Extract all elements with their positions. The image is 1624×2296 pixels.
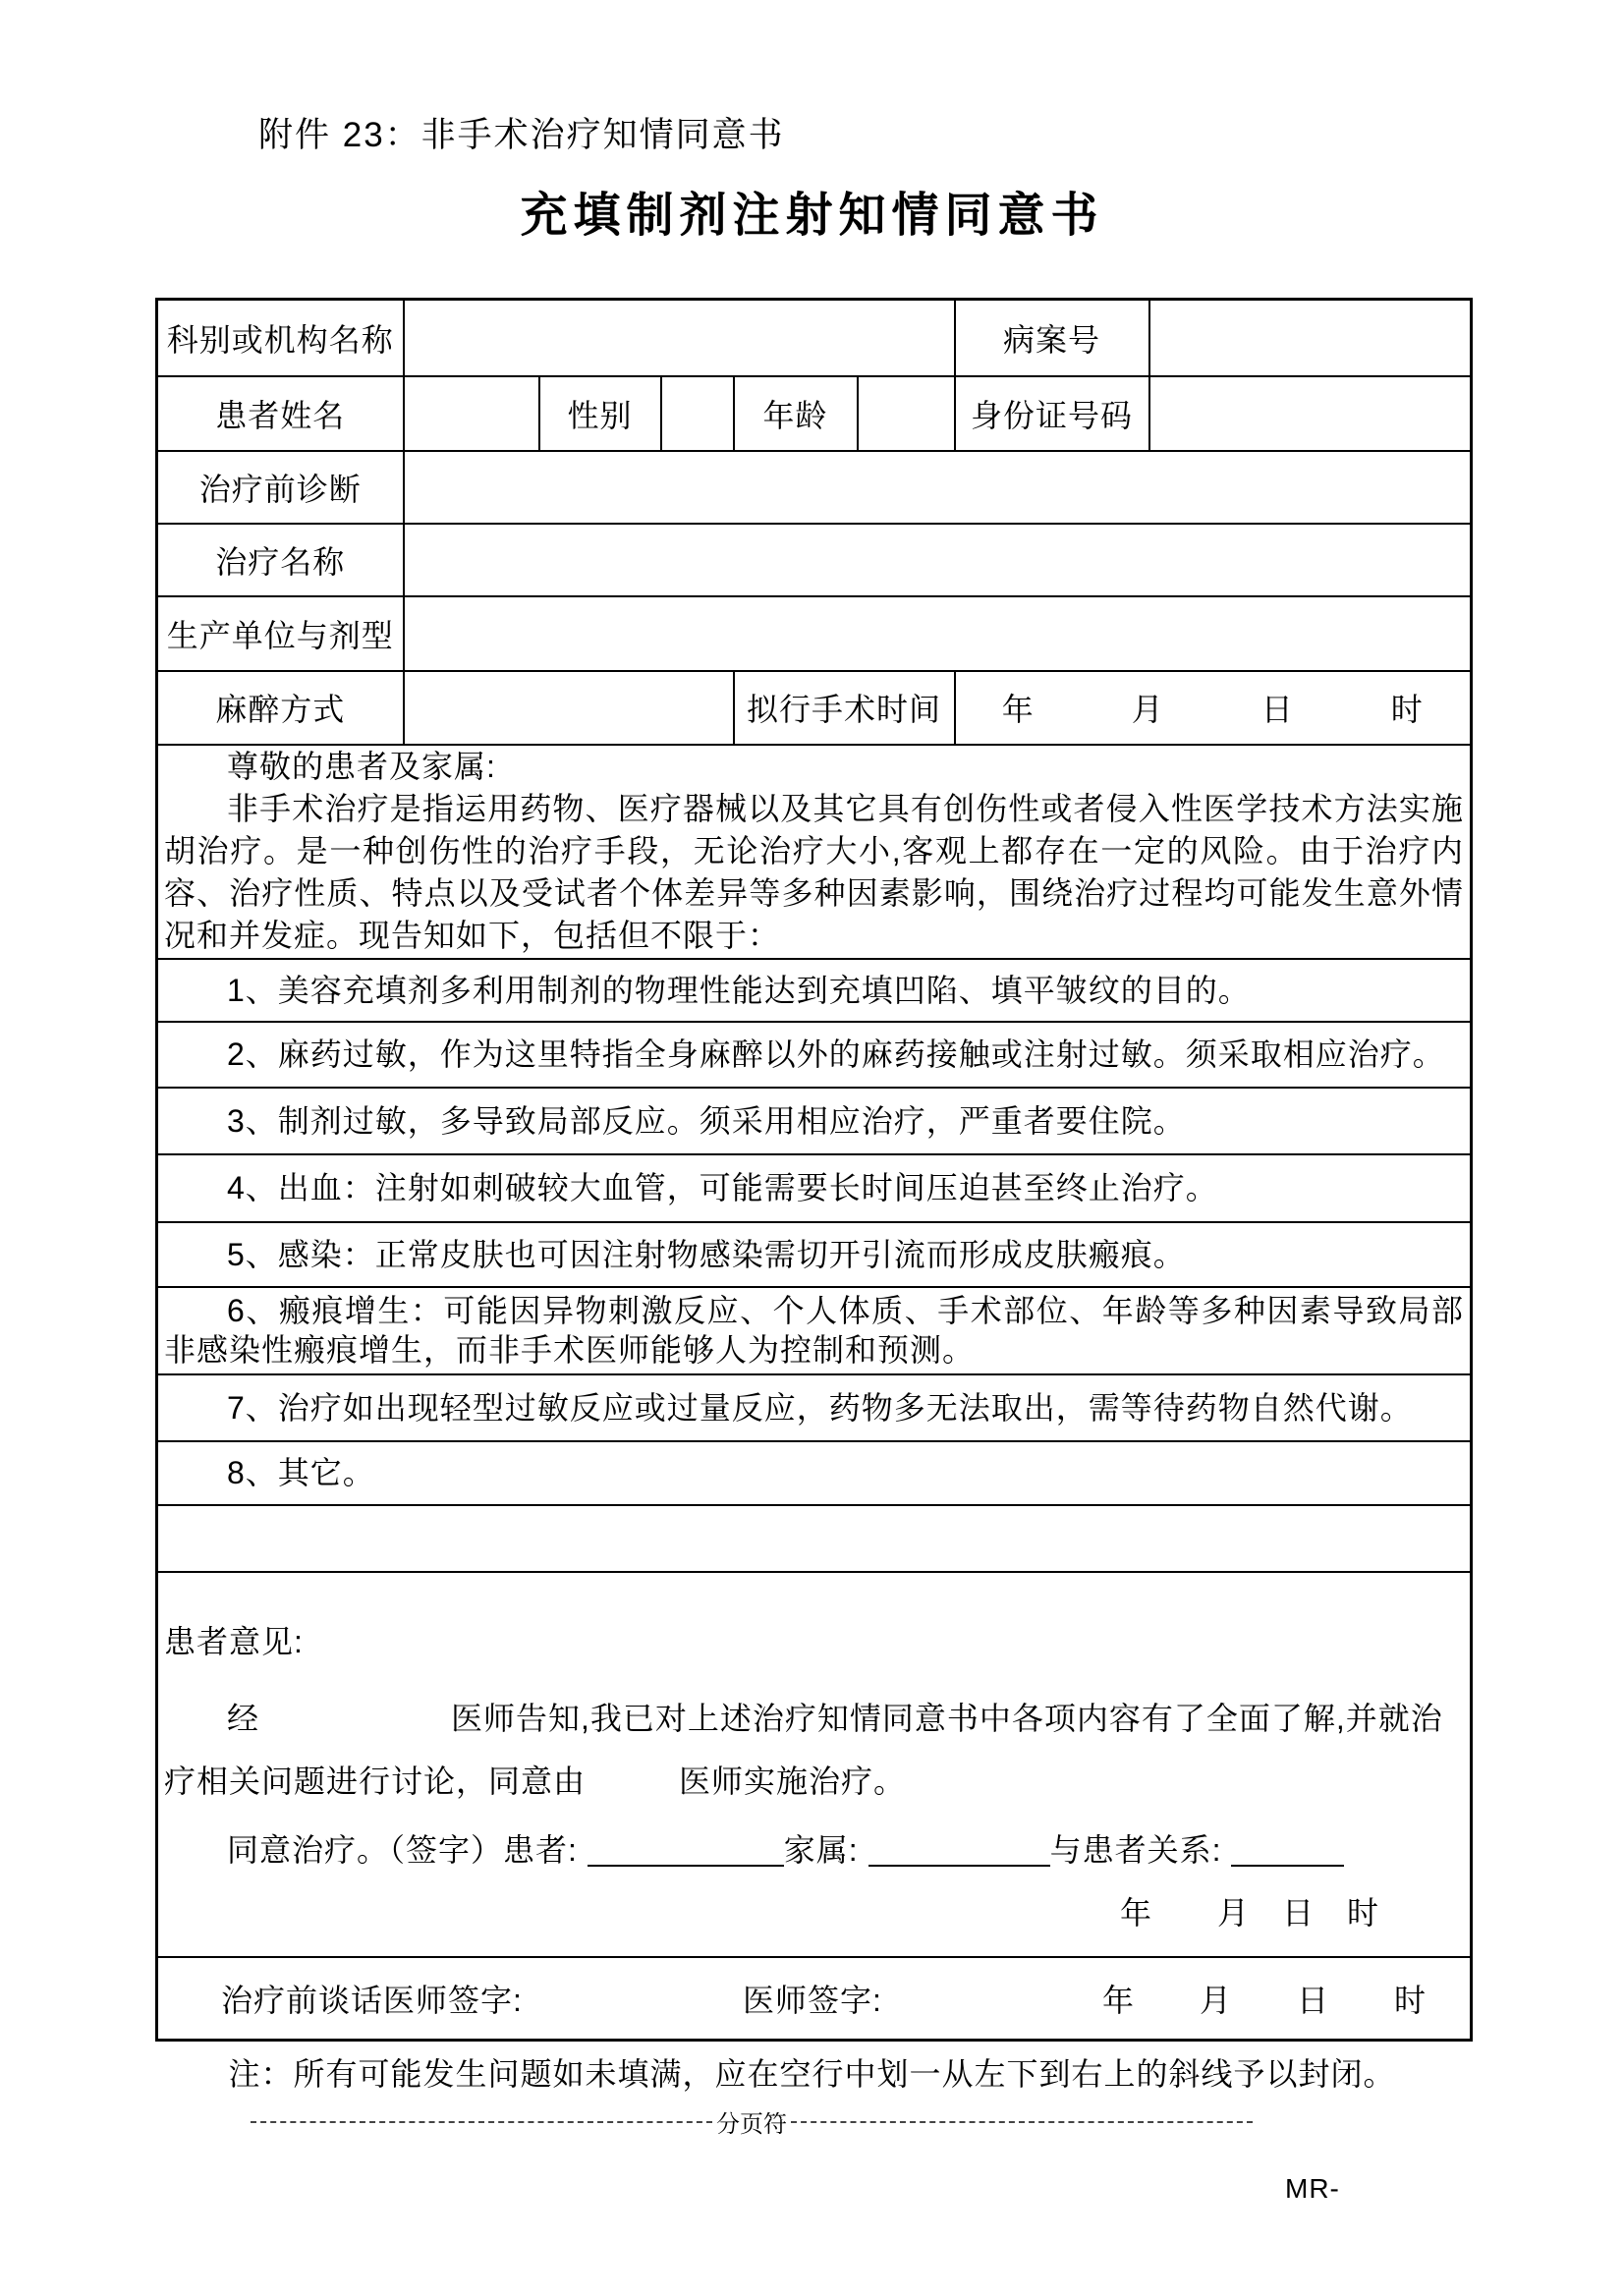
diagnosis-value-cell — [404, 451, 1472, 524]
agree-signature-line: 同意治疗。（签字）患者: 家属: 与患者关系: — [164, 1828, 1464, 1872]
notice-intro-text: 非手术治疗是指运用药物、医疗器械以及其它具有创伤性或者侵入性医学技术方法实施胡治… — [164, 788, 1464, 957]
age-label: 年龄 — [734, 376, 858, 451]
notice-item-cell: 8、其它。 — [157, 1441, 1472, 1505]
page-title: 充填制剂注射知情同意书 — [0, 177, 1624, 245]
signature-date-line: 年 月 日 时 — [1102, 1976, 1427, 2021]
id-no-value-cell — [1149, 376, 1472, 451]
treatment-name-value-cell — [404, 524, 1472, 596]
statement-part1: 经 — [227, 1701, 259, 1736]
table-row: 科别或机构名称 病案号 — [157, 300, 1472, 376]
notice-item-row: 3、制剂过敏，多导致局部反应。须采用相应治疗，严重者要住院。 — [157, 1088, 1472, 1154]
patient-opinion-label: 患者意见: — [164, 1622, 1464, 1661]
notice-item-cell: 7、治疗如出现轻型过敏反应或过量反应，药物多无法取出，需等待药物自然代谢。 — [157, 1374, 1472, 1441]
doctor-signature-label: 医师签字: — [743, 1976, 882, 2021]
notice-item-8: 8、其它。 — [164, 1453, 1464, 1492]
page-break-separator: 分页符 — [251, 2104, 1253, 2139]
table-row: 生产单位与剂型 — [157, 596, 1472, 671]
signature-cell: 治疗前谈话医师签字: 医师签字: 年 月 日 时 — [157, 1957, 1472, 2041]
consent-form-page: 附件 23：非手术治疗知情同意书 充填制剂注射知情同意书 科别或机构名称 病案号… — [0, 0, 1624, 2296]
notice-item-row: 6、瘢痕增生：可能因异物刺激反应、个人体质、手术部位、年龄等多种因素导致局部非感… — [157, 1287, 1472, 1374]
notice-item-2: 2、麻药过敏，作为这里特指全身麻醉以外的麻药接触或注射过敏。须采取相应治疗。 — [164, 1035, 1464, 1074]
case-no-label: 病案号 — [955, 300, 1149, 376]
notice-item-row: 5、感染：正常皮肤也可因注射物感染需切开引流而形成皮肤瘢痕。 — [157, 1222, 1472, 1287]
planned-time-label: 拟行手术时间 — [734, 671, 955, 745]
page-break-label: 分页符 — [716, 2104, 787, 2139]
notice-item-7: 7、治疗如出现轻型过敏反应或过量反应，药物多无法取出，需等待药物自然代谢。 — [164, 1388, 1464, 1428]
relation-blank — [1231, 1837, 1344, 1867]
notice-item-cell: 1、美容充填剂多利用制剂的物理性能达到充填凹陷、填平皱纹的目的。 — [157, 959, 1472, 1022]
notice-intro-cell: 尊敬的患者及家属: 非手术治疗是指运用药物、医疗器械以及其它具有创伤性或者侵入性… — [157, 745, 1472, 959]
notice-item-cell: 2、麻药过敏，作为这里特指全身麻醉以外的麻药接触或注射过敏。须采取相应治疗。 — [157, 1022, 1472, 1088]
page-break-dash-left — [251, 2121, 712, 2123]
doc-code: MR- — [1285, 2173, 1340, 2205]
patient-opinion-cell: 患者意见: 经医师告知,我已对上述治疗知情同意书中各项内容有了全面了解,并就治疗… — [157, 1572, 1472, 1957]
notice-item-5: 5、感染：正常皮肤也可因注射物感染需切开引流而形成皮肤瘢痕。 — [164, 1235, 1464, 1274]
manufacturer-value-cell — [404, 596, 1472, 671]
notice-item-row: 7、治疗如出现轻型过敏反应或过量反应，药物多无法取出，需等待药物自然代谢。 — [157, 1374, 1472, 1441]
notice-item-4: 4、出血：注射如刺破较大血管，可能需要长时间压迫甚至终止治疗。 — [164, 1168, 1464, 1207]
manufacturer-label: 生产单位与剂型 — [157, 596, 404, 671]
planned-time-value-cell: 年 月 日 时 — [955, 671, 1472, 745]
gender-label: 性别 — [539, 376, 661, 451]
age-value-cell — [858, 376, 955, 451]
treatment-name-label: 治疗名称 — [157, 524, 404, 596]
empty-cell — [157, 1505, 1472, 1572]
opinion-statement: 经医师告知,我已对上述治疗知情同意书中各项内容有了全面了解,并就治疗相关问题进行… — [164, 1687, 1464, 1813]
family-signature-blank — [868, 1837, 1050, 1867]
notice-item-1: 1、美容充填剂多利用制剂的物理性能达到充填凹陷、填平皱纹的目的。 — [164, 971, 1464, 1010]
agree-label: 同意治疗。（签字）患者: — [227, 1832, 578, 1868]
patient-opinion-row: 患者意见: 经医师告知,我已对上述治疗知情同意书中各项内容有了全面了解,并就治疗… — [157, 1572, 1472, 1957]
notice-item-cell: 3、制剂过敏，多导致局部反应。须采用相应治疗，严重者要住院。 — [157, 1088, 1472, 1154]
patient-name-value-cell — [404, 376, 539, 451]
table-row: 治疗名称 — [157, 524, 1472, 596]
anesthesia-value-cell — [404, 671, 734, 745]
statement-part3: 医师实施治疗。 — [679, 1764, 906, 1799]
notice-item-row: 2、麻药过敏，作为这里特指全身麻醉以外的麻药接触或注射过敏。须采取相应治疗。 — [157, 1022, 1472, 1088]
patient-name-label: 患者姓名 — [157, 376, 404, 451]
notice-item-cell: 6、瘢痕增生：可能因异物刺激反应、个人体质、手术部位、年龄等多种因素导致局部非感… — [157, 1287, 1472, 1374]
patient-signature-blank — [588, 1837, 784, 1867]
case-no-value-cell — [1149, 300, 1472, 376]
footer-note: 注：所有可能发生问题如未填满，应在空行中划一从左下到右上的斜线予以封闭。 — [0, 2049, 1624, 2095]
notice-item-row: 8、其它。 — [157, 1441, 1472, 1505]
notice-intro-row: 尊敬的患者及家属: 非手术治疗是指运用药物、医疗器械以及其它具有创伤性或者侵入性… — [157, 745, 1472, 959]
signature-row: 治疗前谈话医师签字: 医师签字: 年 月 日 时 — [157, 1957, 1472, 2041]
salutation-text: 尊敬的患者及家属: — [164, 746, 1464, 788]
anesthesia-label: 麻醉方式 — [157, 671, 404, 745]
gender-value-cell — [661, 376, 734, 451]
notice-item-6: 6、瘢痕增生：可能因异物刺激反应、个人体质、手术部位、年龄等多种因素导致局部非感… — [164, 1291, 1464, 1370]
id-no-label: 身份证号码 — [955, 376, 1149, 451]
pre-talk-doctor-label: 治疗前谈话医师签字: — [221, 1976, 523, 2021]
notice-item-cell: 4、出血：注射如刺破较大血管，可能需要长时间压迫甚至终止治疗。 — [157, 1154, 1472, 1222]
diagnosis-label: 治疗前诊断 — [157, 451, 404, 524]
family-label: 家属: — [784, 1832, 859, 1868]
notice-item-3: 3、制剂过敏，多导致局部反应。须采用相应治疗，严重者要住院。 — [164, 1101, 1464, 1141]
relation-label: 与患者关系: — [1050, 1832, 1222, 1868]
table-row: 麻醉方式 拟行手术时间 年 月 日 时 — [157, 671, 1472, 745]
notice-item-row: 1、美容充填剂多利用制剂的物理性能达到充填凹陷、填平皱纹的目的。 — [157, 959, 1472, 1022]
table-row: 患者姓名 性别 年龄 身份证号码 — [157, 376, 1472, 451]
notice-item-cell: 5、感染：正常皮肤也可因注射物感染需切开引流而形成皮肤瘢痕。 — [157, 1222, 1472, 1287]
opinion-date-line: 年 月 日 时 — [164, 1891, 1464, 1934]
dept-label: 科别或机构名称 — [157, 300, 404, 376]
table-row: 治疗前诊断 — [157, 451, 1472, 524]
consent-form-table: 科别或机构名称 病案号 患者姓名 性别 年龄 身份证号码 治疗前诊断 治疗名称 — [155, 298, 1473, 2042]
notice-item-row: 4、出血：注射如刺破较大血管，可能需要长时间压迫甚至终止治疗。 — [157, 1154, 1472, 1222]
dept-value-cell — [404, 300, 955, 376]
page-break-dash-right — [791, 2121, 1253, 2123]
empty-row — [157, 1505, 1472, 1572]
attachment-label: 附件 23：非手术治疗知情同意书 — [258, 108, 785, 157]
